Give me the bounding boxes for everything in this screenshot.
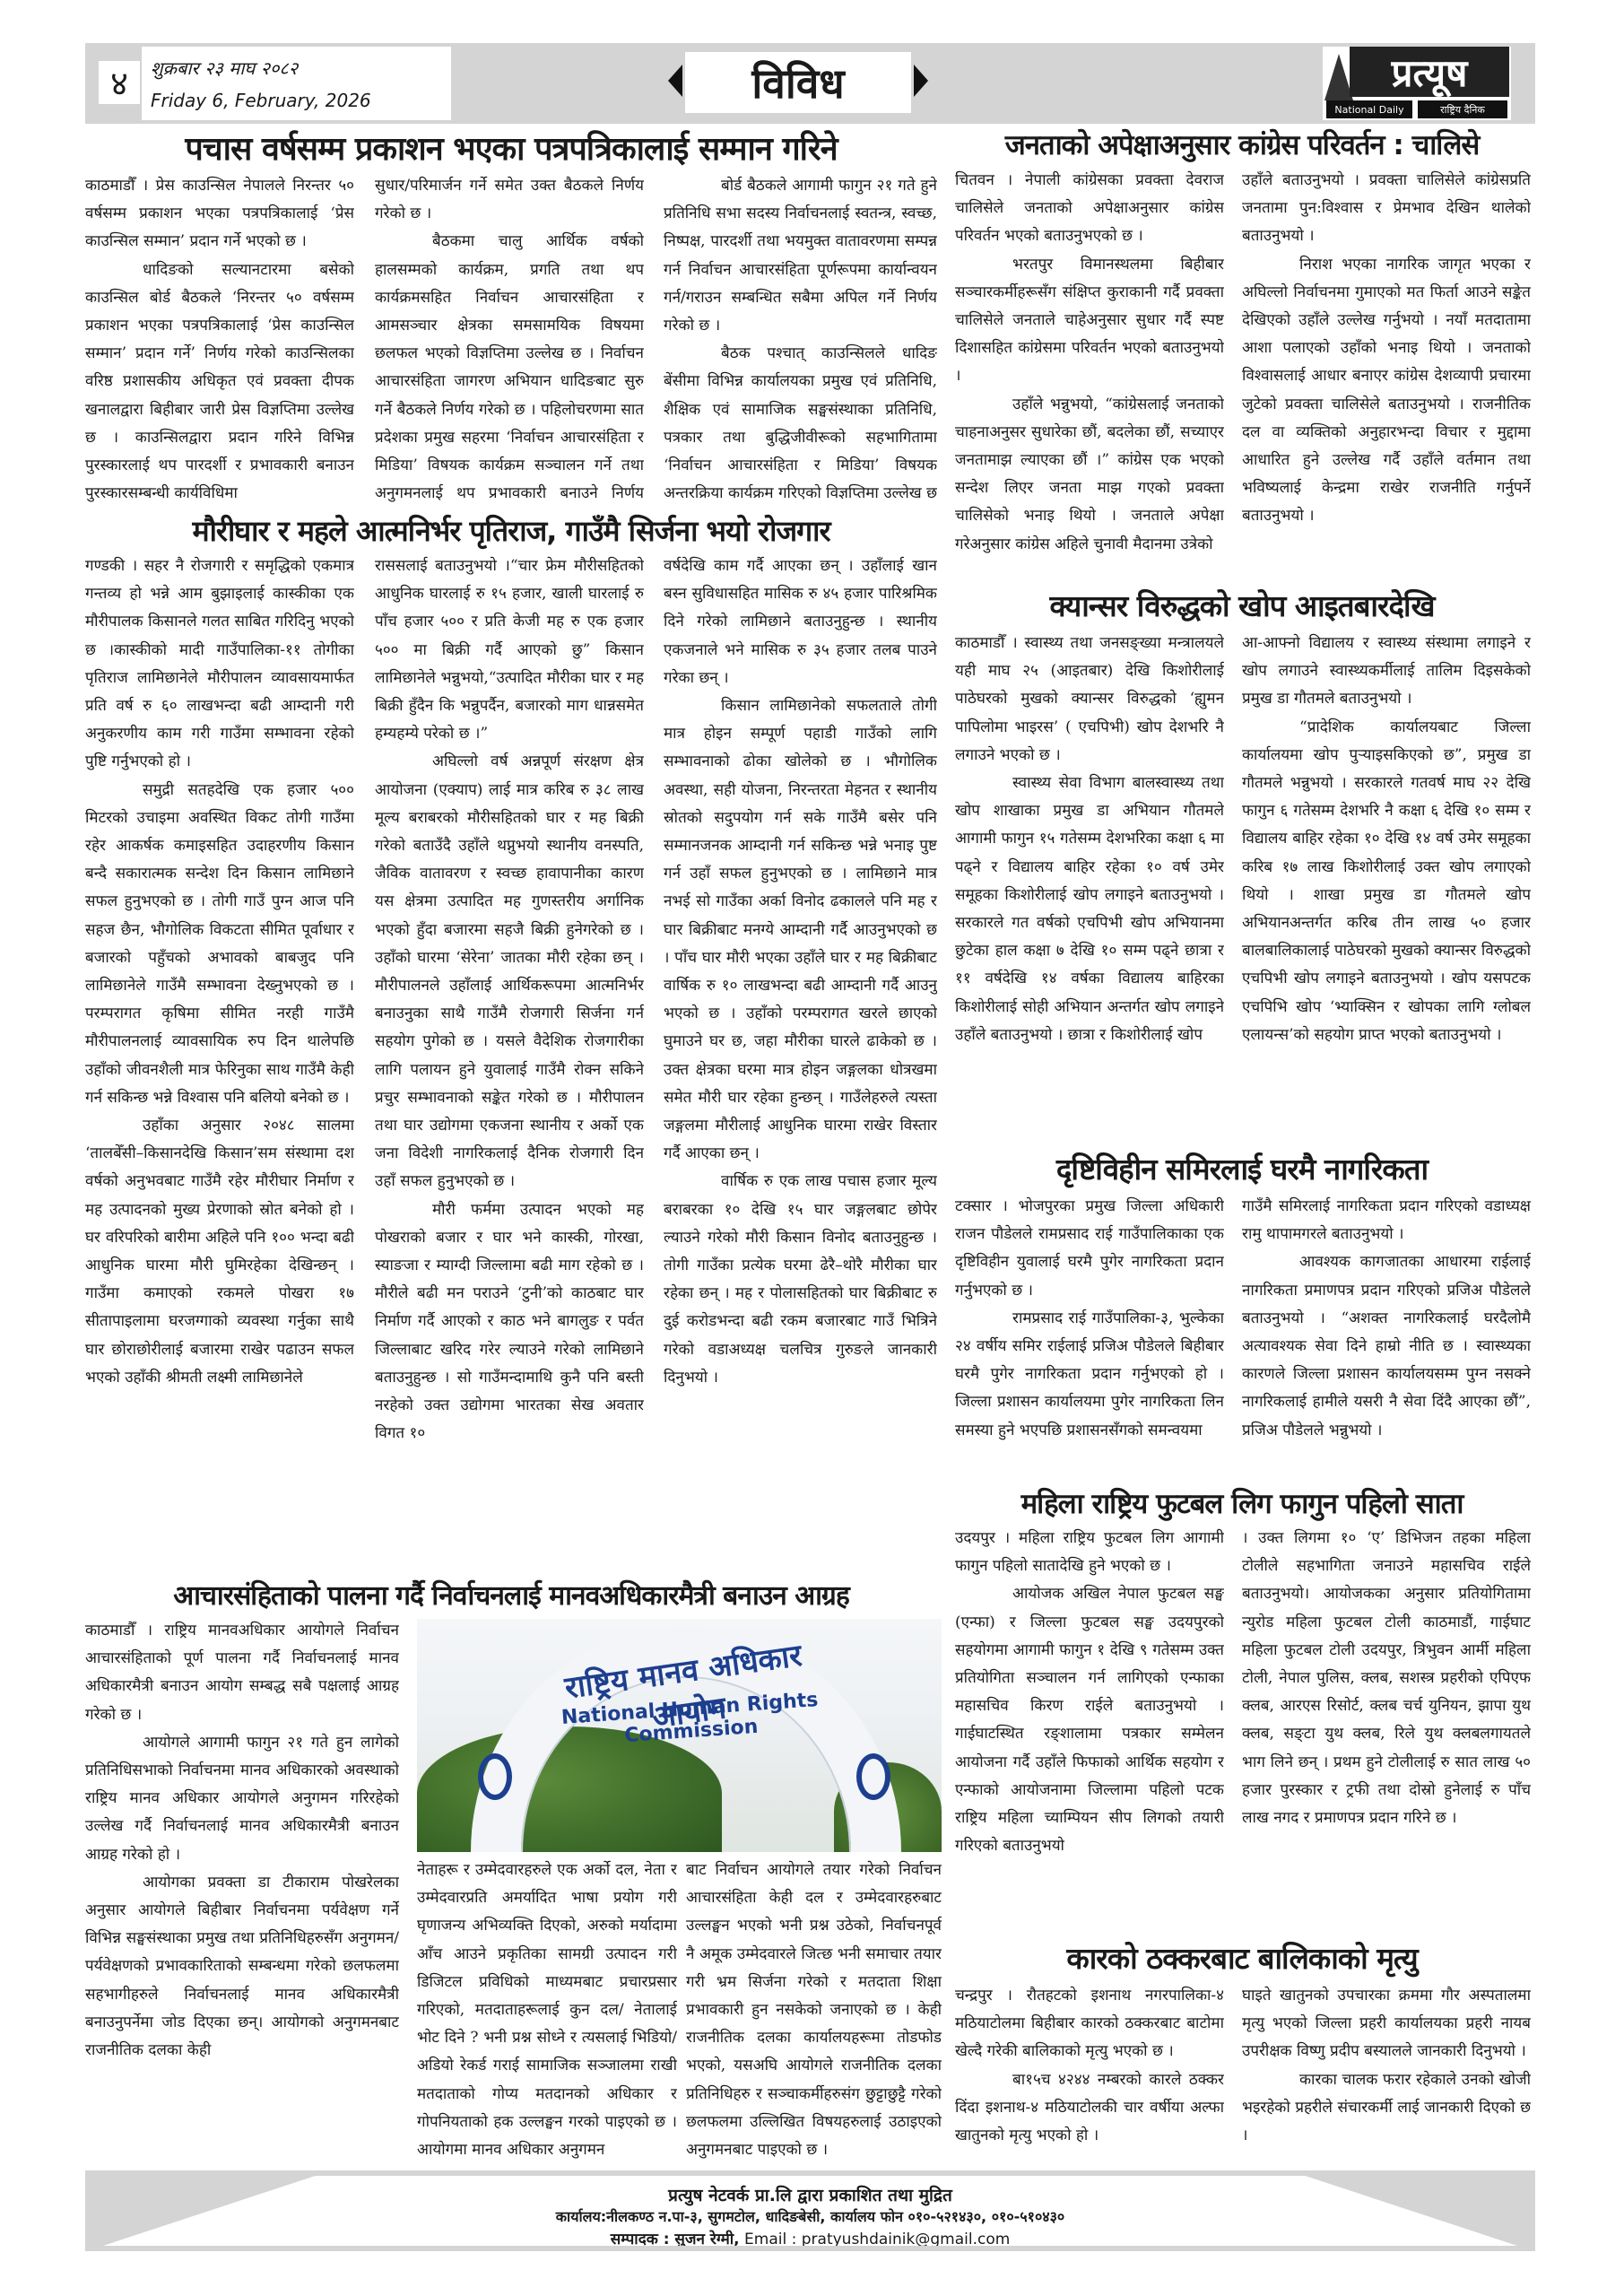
hand-emblem-icon <box>478 1753 512 1800</box>
paragraph: बा१५च ४२४४ नम्बरको कारले ठक्कर दिंदा इशन… <box>955 2066 1224 2151</box>
article-accident-col-2: घाइते खातुनको उपचारका क्रममा गौर अस्पताल… <box>1242 1982 1531 2169</box>
page-number: ४ <box>99 61 140 104</box>
article-beekeeping-col-3: वर्षदेखि काम गर्दै आएका छन् । उहाँलाई खा… <box>664 552 937 1575</box>
paragraph: आयोगका प्रवक्ता डा टीकाराम पोखरेलका अनुस… <box>85 1869 399 2065</box>
paragraph: भरतपुर विमानस्थलमा बिहीबार सञ्चारकर्मीहर… <box>955 251 1224 391</box>
paragraph: धादिङको सल्यानटारमा बसेको काउन्सिल बोर्ड… <box>85 257 354 509</box>
paragraph: उदयपुर । महिला राष्ट्रिय फुटबल लिग आगामी… <box>955 1525 1224 1580</box>
article-press-council-col-3: बोर्ड बैठकले आगामी फागुन २१ गते हुने प्र… <box>664 172 937 511</box>
paragraph: आयोजक अखिल नेपाल फुटबल सङ्घ (एन्फा) र जि… <box>955 1580 1224 1860</box>
imprint-footer: प्रत्युष नेटवर्क प्रा.लि द्वारा प्रकाशित… <box>85 2170 1535 2251</box>
paragraph: अघिल्लो वर्ष अन्नपूर्ण संरक्षण क्षेत्र आ… <box>375 748 644 1196</box>
paragraph: निराश भएका नागरिक जागृत भएका र अघिल्लो न… <box>1242 251 1531 531</box>
paragraph: समुद्री सतहदेखि एक हजार ५०० मिटरको उचाइम… <box>85 777 354 1112</box>
email-label: Email : <box>744 2231 796 2248</box>
paragraph: । उक्त लिगमा १० ‘ए’ डिभिजन तहका महिला टो… <box>1242 1525 1531 1832</box>
article-press-council-col-2: सुधार/परिमार्जन गर्ने समेत उक्त बैठकले न… <box>375 172 644 511</box>
article-congress-col-1: चितवन । नेपाली कांग्रेसका प्रवक्ता देवरा… <box>955 167 1224 585</box>
paragraph: राससलाई बताउनुभयो ।“चार फ्रेम मौरीसहितको… <box>375 552 644 748</box>
paragraph: वार्षिक रु एक लाख पचास हजार मूल्य बराबरक… <box>664 1168 937 1392</box>
paragraph: उहाँले बताउनुभयो । प्रवक्ता चालिसेले कां… <box>1242 167 1531 251</box>
article-beekeeping-col-1: गण्डकी । सहर नै रोजगारी र समृद्धिको एकमा… <box>85 552 354 1575</box>
paragraph: बैठकमा चालु आर्थिक वर्षको हालसम्मको कार्… <box>375 228 644 511</box>
editor-name: सम्पादक : सुजन रेग्मी, <box>611 2231 740 2248</box>
article-congress-col-2: उहाँले बताउनुभयो । प्रवक्ता चालिसेले कां… <box>1242 167 1531 585</box>
paragraph: गाउँमै समिरलाई नागरिकता प्रदान गरिएको वड… <box>1242 1193 1531 1248</box>
section-nav: विविध <box>668 52 928 113</box>
paragraph: आ-आफ्नो विद्यालय र स्वास्थ्य संस्थामा लग… <box>1242 630 1531 714</box>
paragraph: रामप्रसाद राई गाउँपालिका-३, भुल्केका २४ … <box>955 1305 1224 1445</box>
article-hpv-col-1: काठमाडौँ । स्वास्थ्य तथा जनसङ्ख्या मन्त्… <box>955 630 1224 1148</box>
paragraph: आयोगले आगामी फागुन २१ गते हुन लागेको प्र… <box>85 1729 399 1869</box>
headline-football: महिला राष्ट्रिय फुटबल लिग फागुन पहिलो सा… <box>955 1484 1529 1524</box>
paragraph: सुधार/परिमार्जन गर्ने समेत उक्त बैठकले न… <box>375 172 644 228</box>
paragraph: काठमाडौँ । राष्ट्रिय मानवअधिकार आयोगले न… <box>85 1617 399 1729</box>
paragraph: काठमाडौँ । स्वास्थ्य तथा जनसङ्ख्या मन्त्… <box>955 630 1224 770</box>
paragraph: किसान लामिछानेको सफलताले तोगी मात्र होइन… <box>664 692 937 1168</box>
headline-nhrc: आचारसंहिताको पालना गर्दै निर्वाचनलाई मान… <box>85 1576 937 1615</box>
section-title: विविध <box>685 52 911 113</box>
headline-accident: कारको ठक्करबाट बालिकाको मृत्यु <box>955 1937 1529 1980</box>
article-beekeeping-col-2: राससलाई बताउनुभयो ।“चार फ्रेम मौरीसहितको… <box>375 552 644 1575</box>
paragraph: वर्षदेखि काम गर्दै आएका छन् । उहाँलाई खा… <box>664 552 937 692</box>
imprint-panel: प्रत्युष नेटवर्क प्रा.लि द्वारा प्रकाशित… <box>103 2176 1517 2246</box>
paragraph: उहाँले भन्नुभयो, “कांग्रेसलाई जनताको चाह… <box>955 391 1224 559</box>
article-football-col-1: उदयपुर । महिला राष्ट्रिय फुटबल लिग आगामी… <box>955 1525 1224 1935</box>
article-citizenship-col-1: टक्सार । भोजपुरका प्रमुख जिल्ला अधिकारी … <box>955 1193 1224 1485</box>
article-nhrc-col-1: काठमाडौँ । राष्ट्रिय मानवअधिकार आयोगले न… <box>85 1617 399 2169</box>
article-hpv-col-2: आ-आफ्नो विद्यालय र स्वास्थ्य संस्थामा लग… <box>1242 630 1531 1148</box>
paragraph: घाइते खातुनको उपचारका क्रममा गौर अस्पताल… <box>1242 1982 1531 2066</box>
paragraph: चन्द्रपुर । रौतहटको इशनाथ नगरपालिका-४ मठ… <box>955 1982 1224 2066</box>
paragraph: चितवन । नेपाली कांग्रेसका प्रवक्ता देवरा… <box>955 167 1224 251</box>
headline-beekeeping: मौरीघार र महले आत्मनिर्भर पृतिराज, गाउँम… <box>85 511 937 551</box>
headline-citizenship: दृष्टिविहीन समिरलाई घरमै नागरिकता <box>955 1148 1529 1191</box>
date-nepali: शुक्रबार २३ माघ २०८२ <box>151 52 442 84</box>
logo-tag-nepali: राष्ट्रिय दैनिक <box>1418 100 1507 118</box>
paragraph: नेताहरू र उम्मेदवारहरुले एक अर्को दल, ने… <box>417 1857 677 2164</box>
previous-arrow-icon[interactable] <box>668 65 682 97</box>
article-citizenship-col-2: गाउँमै समिरलाई नागरिकता प्रदान गरिएको वड… <box>1242 1193 1531 1485</box>
paragraph: गण्डकी । सहर नै रोजगारी र समृद्धिको एकमा… <box>85 552 354 777</box>
date-english: Friday 6, February, 2026 <box>151 84 442 117</box>
paragraph: बैठक पश्चात् काउन्सिलले धादिङ बेंसीमा वि… <box>664 340 937 511</box>
paragraph: मौरी फर्ममा उत्पादन भएको मह पोखराको बजार… <box>375 1196 644 1448</box>
article-nhrc-col-3: बाट निर्वाचन आयोगले तयार गरेको निर्वाचन … <box>686 1857 942 2169</box>
nhrc-photo: राष्ट्रिय मानव अधिकार आयोग National Huma… <box>417 1619 942 1852</box>
paragraph: उहाँका अनुसार २०४८ सालमा ‘तालबेँसी–किसान… <box>85 1112 354 1392</box>
paragraph: “प्रादेशिक कार्यालयबाट जिल्ला कार्यालयमा… <box>1242 714 1531 1049</box>
headline-congress: जनताको अपेक्षाअनुसार कांग्रेस परिवर्तन :… <box>955 126 1529 165</box>
paragraph: कारका चालक फरार रहेकाले उनको खोजी भइरहेक… <box>1242 2066 1531 2151</box>
publisher-line: प्रत्युष नेटवर्क प्रा.लि द्वारा प्रकाशित… <box>103 2183 1517 2206</box>
hand-emblem-icon <box>856 1753 890 1800</box>
paragraph: बाट निर्वाचन आयोगले तयार गरेको निर्वाचन … <box>686 1857 942 2164</box>
address-line: कार्यालय:नीलकण्ठ न.पा-३, सुगमटोल, धादिङब… <box>103 2206 1517 2226</box>
headline-press-council: पचास वर्षसम्म प्रकाशन भएका पत्रपत्रिकाला… <box>85 126 937 170</box>
email-link[interactable]: pratyushdainik@gmail.com <box>802 2231 1011 2248</box>
headline-hpv-vaccine: क्यान्सर विरुद्धको खोप आइतबारदेखि <box>955 585 1529 628</box>
paragraph: काठमाडौँ । प्रेस काउन्सिल नेपालले निरन्त… <box>85 172 354 257</box>
article-accident-col-1: चन्द्रपुर । रौतहटको इशनाथ नगरपालिका-४ मठ… <box>955 1982 1224 2169</box>
paragraph: टक्सार । भोजपुरका प्रमुख जिल्ला अधिकारी … <box>955 1193 1224 1305</box>
paragraph: बोर्ड बैठकले आगामी फागुन २१ गते हुने प्र… <box>664 172 937 340</box>
article-football-col-2: । उक्त लिगमा १० ‘ए’ डिभिजन तहका महिला टो… <box>1242 1525 1531 1935</box>
logo-name: प्रत्यूष <box>1350 47 1509 97</box>
newspaper-logo: प्रत्यूष National Daily राष्ट्रिय दैनिक <box>1323 47 1511 120</box>
paragraph: स्वास्थ्य सेवा विभाग बालस्वास्थ्य तथा खो… <box>955 770 1224 1049</box>
article-nhrc-col-2: नेताहरू र उम्मेदवारहरुले एक अर्को दल, ने… <box>417 1857 677 2169</box>
paragraph: आवश्यक कागजातका आधारमा राईलाई नागरिकता प… <box>1242 1248 1531 1444</box>
logo-tag-english: National Daily <box>1326 100 1412 118</box>
article-press-council-col-1: काठमाडौँ । प्रेस काउन्सिल नेपालले निरन्त… <box>85 172 354 511</box>
contact-line: सम्पादक : सुजन रेग्मी, Email : pratyushd… <box>103 2228 1517 2248</box>
next-arrow-icon[interactable] <box>914 65 928 97</box>
issue-date: शुक्रबार २३ माघ २०८२ Friday 6, February,… <box>142 47 451 120</box>
